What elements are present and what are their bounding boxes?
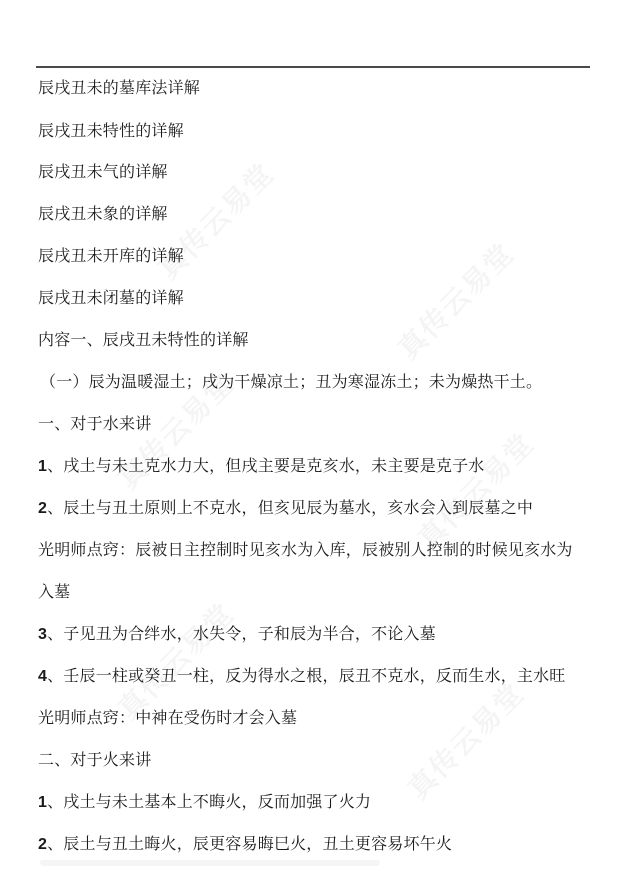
toc-item: 辰戌丑未象的详解 bbox=[38, 204, 168, 224]
watermark: 真传云易堂 bbox=[148, 153, 282, 287]
item-number: 1 bbox=[38, 458, 47, 475]
item-text: 、戌土与未土基本上不晦火，反而加强了火力 bbox=[47, 792, 371, 811]
list-item: 2、辰土与丑土晦火，辰更容易晦巳火，丑土更容易坏午火 bbox=[38, 834, 452, 855]
toc-item: 辰戌丑未的墓库法详解 bbox=[38, 78, 200, 98]
toc-item: 辰戌丑未特性的详解 bbox=[38, 121, 184, 141]
section-heading: 一、对于水来讲 bbox=[38, 414, 151, 434]
list-item: 1、戌土与未土基本上不晦火，反而加强了火力 bbox=[38, 792, 371, 813]
watermark: 真传云易堂 bbox=[408, 423, 542, 557]
faded-text-line bbox=[40, 860, 380, 866]
item-number: 2 bbox=[38, 500, 47, 517]
watermark: 真传云易堂 bbox=[388, 233, 522, 367]
item-text: 、辰土与丑土晦火，辰更容易晦巳火，丑土更容易坏午火 bbox=[47, 834, 452, 853]
item-number: 1 bbox=[38, 794, 47, 811]
intro-paragraph: （一）辰为温暖湿土；戌为干燥凉土；丑为寒湿冻土；未为燥热干土。 bbox=[40, 372, 542, 392]
watermark: 真传云易堂 bbox=[398, 673, 532, 807]
note-line: 光明师点窍：辰被日主控制时见亥水为入库，辰被别人控制的时候见亥水为 bbox=[38, 540, 573, 560]
toc-item: 辰戌丑未气的详解 bbox=[38, 162, 168, 182]
toc-item: 辰戌丑未开库的详解 bbox=[38, 246, 184, 266]
list-item: 4、壬辰一柱或癸丑一柱，反为得水之根，辰丑不克水，反而生水，主水旺 bbox=[38, 666, 566, 687]
item-number: 3 bbox=[38, 626, 47, 643]
item-text: 、壬辰一柱或癸丑一柱，反为得水之根，辰丑不克水，反而生水，主水旺 bbox=[47, 666, 565, 685]
section-title: 内容一、辰戌丑未特性的详解 bbox=[38, 330, 249, 350]
list-item: 2、辰土与丑土原则上不克水，但亥见辰为墓水，亥水会入到辰墓之中 bbox=[38, 498, 533, 519]
item-number: 2 bbox=[38, 836, 47, 853]
item-text: 、子见丑为合绊水，水失令，子和辰为半合，不论入墓 bbox=[47, 624, 436, 643]
header-rule bbox=[36, 66, 590, 68]
list-item: 3、子见丑为合绊水，水失令，子和辰为半合，不论入墓 bbox=[38, 624, 436, 645]
item-number: 4 bbox=[38, 668, 47, 685]
section-heading: 二、对于火来讲 bbox=[38, 750, 151, 770]
toc-item: 辰戌丑未闭墓的详解 bbox=[38, 288, 184, 308]
list-item: 1、戌土与未土克水力大，但戌主要是克亥水，未主要是克子水 bbox=[38, 456, 485, 477]
item-text: 、辰土与丑土原则上不克水，但亥见辰为墓水，亥水会入到辰墓之中 bbox=[47, 498, 533, 517]
note-line: 光明师点窍：中神在受伤时才会入墓 bbox=[38, 708, 297, 728]
note-line: 入墓 bbox=[38, 582, 70, 602]
item-text: 、戌土与未土克水力大，但戌主要是克亥水，未主要是克子水 bbox=[47, 456, 484, 475]
